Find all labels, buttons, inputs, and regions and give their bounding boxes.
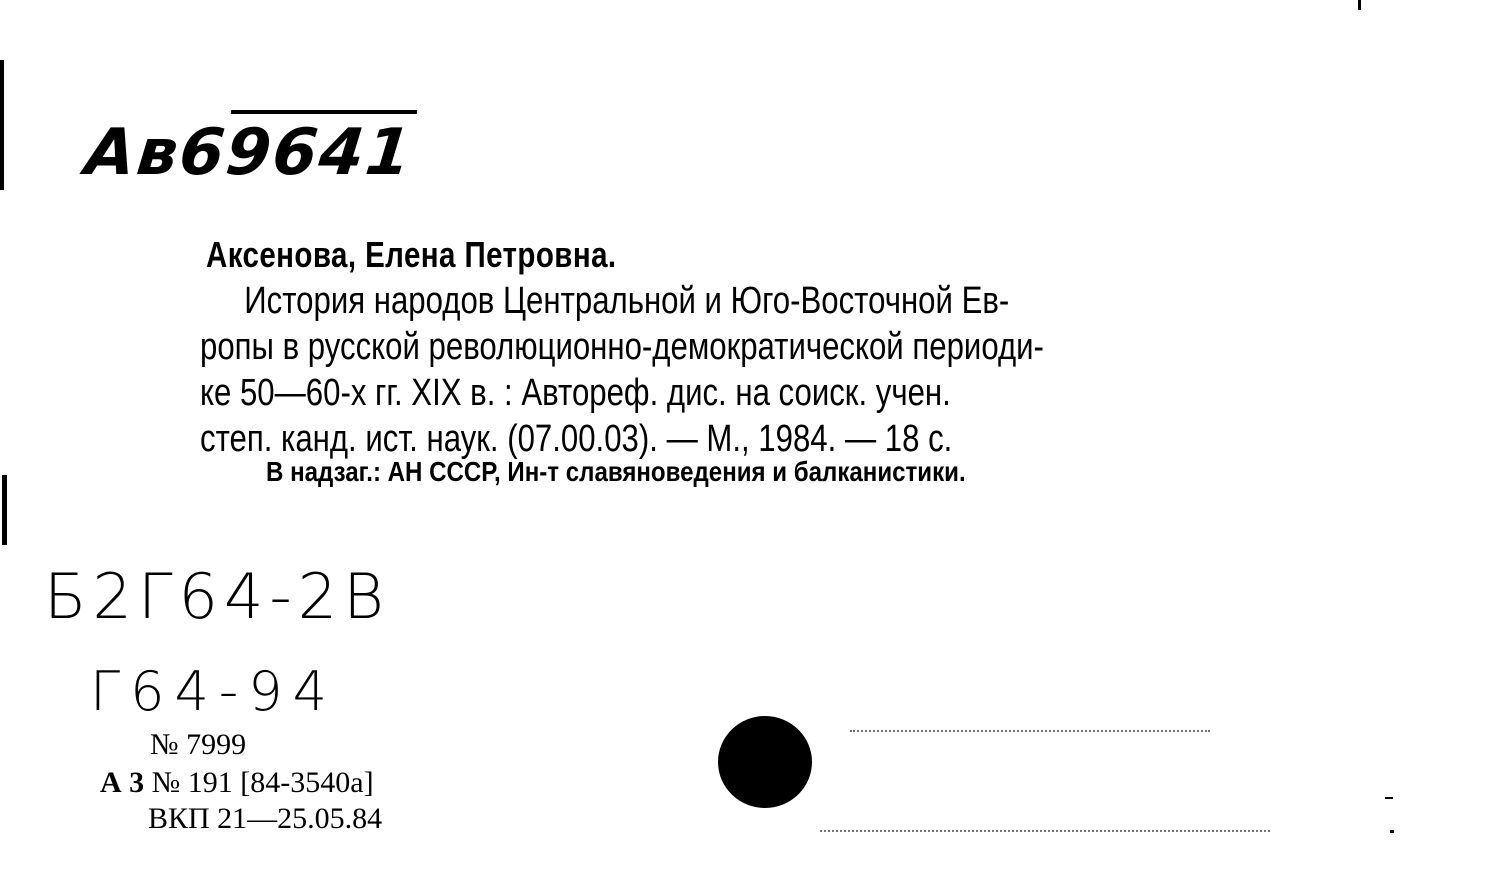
classification-code: Б2Г64-2В — [44, 560, 390, 633]
author-heading: Аксенова, Елена Петровна. — [206, 234, 617, 276]
shelf-mark-prefix: Ав6 — [82, 116, 230, 190]
scan-edge-mark — [2, 475, 7, 545]
description-line: ке 50—60-х гг. XIX в. : Автореф. дис. на… — [200, 370, 1184, 416]
header-note: В надзаг.: АН СССР, Ин-т славяноведения … — [266, 456, 966, 488]
order-line: А 3 № 191 [84-3540а] — [100, 766, 374, 800]
order-line-prefix: А 3 — [100, 766, 144, 799]
faint-rule — [820, 830, 1270, 832]
description-line: История народов Центральной и Юго-Восточ… — [200, 278, 1184, 324]
card-corner-mark — [0, 0, 40, 40]
registry-number: № 7999 — [150, 728, 246, 762]
shelf-mark-number: 9641 — [222, 110, 417, 190]
vkp-line: ВКП 21—25.05.84 — [148, 802, 382, 836]
classification-code: Г64-94 — [90, 660, 337, 723]
scan-edge-mark — [1358, 0, 1361, 10]
order-line-rest: № 191 [84-3540а] — [152, 766, 374, 799]
faint-rule — [850, 730, 1210, 732]
punch-hole — [718, 716, 812, 808]
scan-speck — [1390, 830, 1394, 833]
catalog-card: Ав69641 Аксенова, Елена Петровна. Истори… — [0, 0, 1504, 872]
shelf-mark: Ав69641 — [82, 110, 417, 190]
scan-speck — [1385, 797, 1393, 799]
description-line: ропы в русской революционно-демократичес… — [200, 324, 1184, 370]
scan-edge-mark — [0, 60, 4, 190]
bibliographic-description: История народов Центральной и Юго-Восточ… — [200, 278, 1400, 462]
